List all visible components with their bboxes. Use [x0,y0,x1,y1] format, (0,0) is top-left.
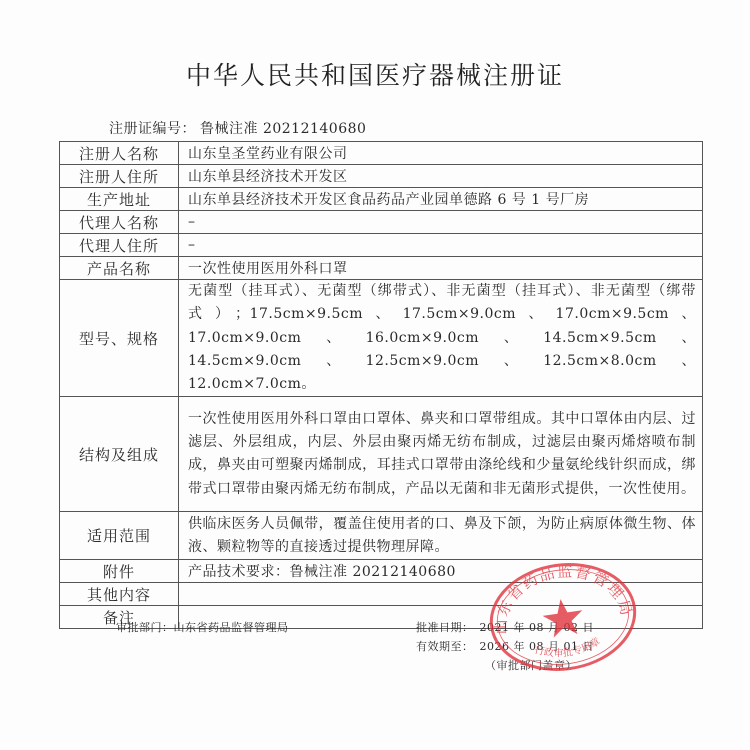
row-value: 产品技术要求：鲁械注准 20212140680 [179,560,703,583]
approval-date-label: 批准日期： [416,621,474,634]
row-label: 其他内容 [60,583,179,606]
row-value: 山东单县经济技术开发区食品药品产业园单德路 6 号 1 号厂房 [179,188,703,211]
table-row-other: 其他内容 [60,583,703,606]
table-row-model-spec: 型号、规格 无菌型（挂耳式）、无菌型（绑带式）、非无菌型（挂耳式）、非无菌型（绑… [60,280,703,397]
row-value [179,583,703,606]
row-label: 结构及组成 [60,397,179,512]
valid-until-value: 2026 年 08 月 01 日 [480,640,594,653]
row-label: 附件 [60,560,179,583]
table-row-scope: 适用范围 供临床医务人员佩带，覆盖住使用者的口、鼻及下颌，为防止病原体微生物、体… [60,512,703,560]
document-title: 中华人民共和国医疗器械注册证 [0,56,750,92]
row-label: 注册人名称 [60,142,179,165]
table-row-product-name: 产品名称 一次性使用医用外科口罩 [60,257,703,280]
row-label: 代理人住所 [60,234,179,257]
table-row-registrant-address: 注册人住所 山东单县经济技术开发区 [60,165,703,188]
row-value: 无菌型（挂耳式）、无菌型（绑带式）、非无菌型（挂耳式）、非无菌型（绑带式）；17… [179,280,703,397]
approval-date-value: 2021 年 08 月 02 日 [480,621,594,634]
row-value: 一次性使用医用外科口罩 [179,257,703,280]
registration-number-label: 注册证编号： [109,121,196,137]
approver-line: 审批部门：山东省药品监督管理局 [116,619,289,635]
row-label: 生产地址 [60,188,179,211]
seal-note: （审批部门盖章） [485,657,577,673]
table-row-structure: 结构及组成 一次性使用医用外科口罩由口罩体、鼻夹和口罩带组成。其中口罩体由内层、… [60,397,703,512]
table-row-production-address: 生产地址 山东单县经济技术开发区食品药品产业园单德路 6 号 1 号厂房 [60,188,703,211]
row-label: 型号、规格 [60,280,179,397]
table-row-registrant-name: 注册人名称 山东皇圣堂药业有限公司 [60,142,703,165]
row-label: 注册人住所 [60,165,179,188]
approver-value: 山东省药品监督管理局 [174,621,289,634]
row-value: – [179,211,703,234]
certificate-table: 注册人名称 山东皇圣堂药业有限公司 注册人住所 山东单县经济技术开发区 生产地址… [59,141,703,629]
row-value: 山东单县经济技术开发区 [179,165,703,188]
row-label: 适用范围 [60,512,179,560]
row-value: 一次性使用医用外科口罩由口罩体、鼻夹和口罩带组成。其中口罩体由内层、过滤层、外层… [179,397,703,512]
valid-until-label: 有效期至： [416,640,474,653]
registration-number: 注册证编号：鲁械注准 20212140680 [109,118,366,138]
row-value: – [179,234,703,257]
table-row-agent-name: 代理人名称 – [60,211,703,234]
row-value: 供临床医务人员佩带，覆盖住使用者的口、鼻及下颌，为防止病原体微生物、体液、颗粒物… [179,512,703,560]
table-row-attachment: 附件 产品技术要求：鲁械注准 20212140680 [60,560,703,583]
registration-number-value: 鲁械注准 20212140680 [200,121,366,137]
row-label: 产品名称 [60,257,179,280]
certificate-page: 中华人民共和国医疗器械注册证 注册证编号：鲁械注准 20212140680 注册… [0,0,750,750]
approval-date-line: 批准日期：2021 年 08 月 02 日 [416,619,594,635]
table-row-agent-address: 代理人住所 – [60,234,703,257]
valid-until-line: 有效期至：2026 年 08 月 01 日 [416,638,594,654]
approver-label: 审批部门： [116,621,174,634]
row-value: 山东皇圣堂药业有限公司 [179,142,703,165]
row-label: 代理人名称 [60,211,179,234]
